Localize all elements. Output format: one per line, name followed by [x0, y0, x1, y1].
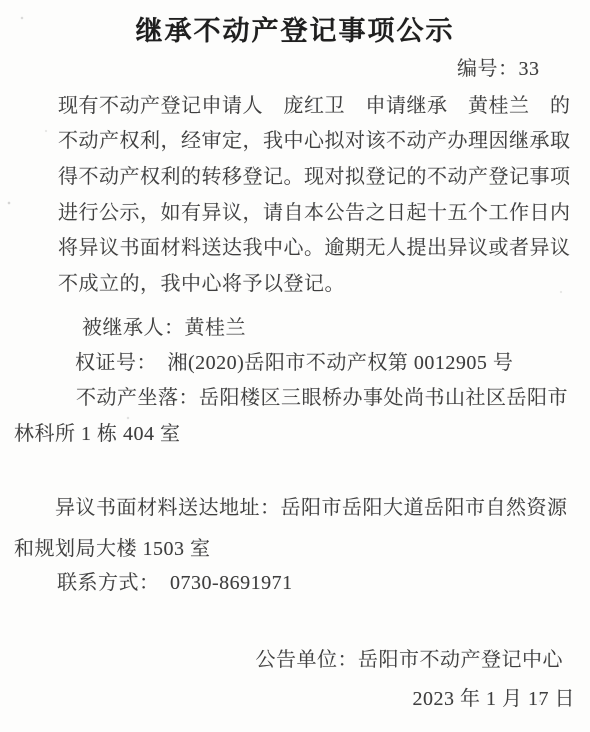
issue-date-line: 2023 年 1 月 17 日	[413, 686, 576, 712]
body-line-3: 得不动产权利的转移登记。现对拟登记的不动产登记事项	[58, 164, 564, 190]
notice-title: 继承不动产登记事项公示	[0, 9, 590, 48]
property-location-line-1: 不动产坐落：岳阳楼区三眼桥办事处尚书山社区岳阳市	[76, 385, 568, 411]
body-line-5: 将异议书面材料送达我中心。逾期无人提出异议或者异议	[58, 235, 564, 261]
issuing-unit-line: 公告单位：岳阳市不动产登记中心	[256, 647, 564, 673]
objection-address-line-2: 和规划局大楼 1503 室	[14, 536, 211, 562]
heir-line: 被继承人：黄桂兰	[82, 315, 246, 341]
contact-line: 联系方式： 0730-8691971	[57, 570, 293, 596]
property-location-line-2: 林科所 1 栋 404 室	[14, 421, 181, 447]
body-line-2: 不动产权利，经审定，我中心拟对该不动产办理因继承取	[58, 128, 564, 154]
doc-number: 编号：33	[457, 56, 540, 82]
certificate-number-line: 权证号： 湘(2020)岳阳市不动产权第 0012905 号	[75, 350, 513, 376]
notice-page: 继承不动产登记事项公示 编号：33 现有不动产登记申请人 庞红卫 申请继承 黄桂…	[0, 0, 590, 732]
objection-address-line-1: 异议书面材料送达地址：岳阳市岳阳大道岳阳市自然资源	[55, 495, 568, 521]
body-line-4: 进行公示，如有异议，请自本公告之日起十五个工作日内	[58, 200, 564, 226]
body-line-6: 不成立的，我中心将予以登记。	[58, 271, 345, 297]
body-line-1: 现有不动产登记申请人 庞红卫 申请继承 黄桂兰 的	[58, 93, 564, 119]
